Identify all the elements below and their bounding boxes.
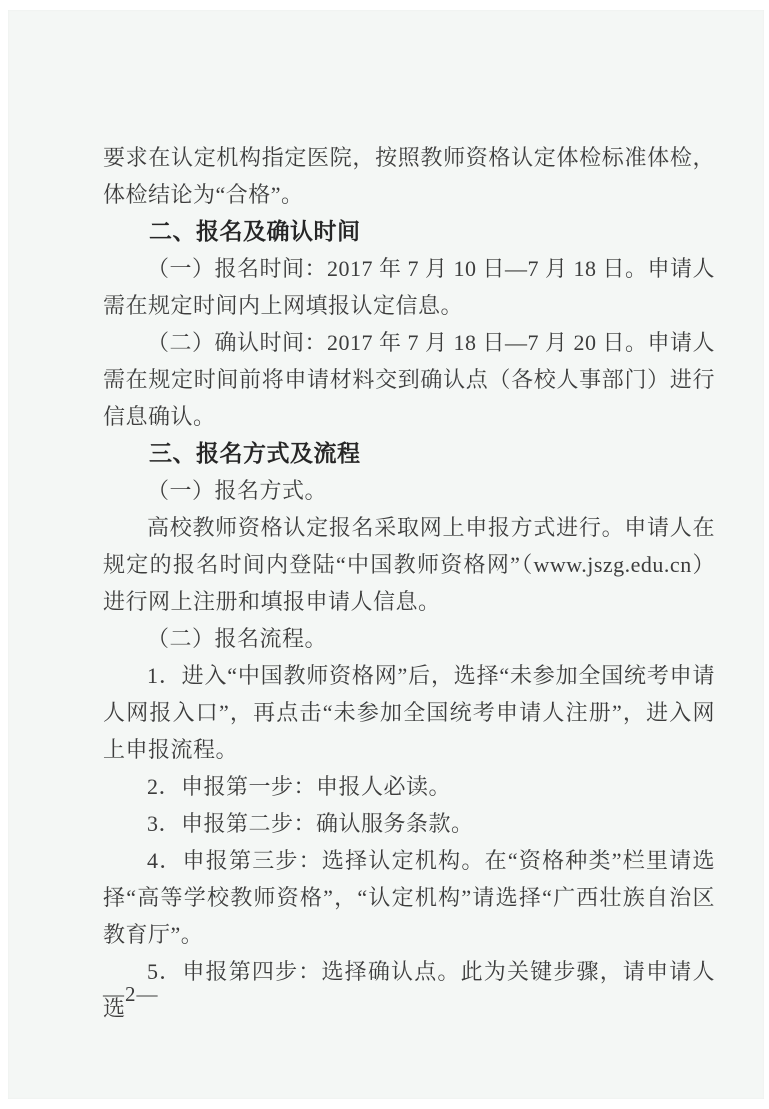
- paragraph: 3．申报第二步：确认服务条款。: [103, 805, 715, 842]
- paragraph: （一）报名时间：2017 年 7 月 10 日—7 月 18 日。申请人需在规定…: [103, 250, 715, 324]
- paragraph: （二）确认时间：2017 年 7 月 18 日—7 月 20 日。申请人需在规定…: [103, 324, 715, 435]
- paragraph: （一）报名方式。: [103, 472, 715, 509]
- paragraph: 5．申报第四步：选择确认点。此为关键步骤，请申请人选: [103, 953, 715, 1027]
- paragraph: 2．申报第一步：申报人必读。: [103, 768, 715, 805]
- page-number: —2—: [103, 982, 159, 1007]
- scanned-sheet: 要求在认定机构指定医院，按照教师资格认定体检标准体检，体检结论为“合格”。二、报…: [8, 10, 764, 1099]
- document-page-scan: 要求在认定机构指定医院，按照教师资格认定体检标准体检，体检结论为“合格”。二、报…: [0, 0, 769, 1109]
- paragraph: 4．申报第三步：选择认定机构。在“资格种类”栏里请选择“高等学校教师资格”，“认…: [103, 842, 715, 953]
- paragraph: （二）报名流程。: [103, 620, 715, 657]
- section-heading: 二、报名及确认时间: [103, 213, 715, 250]
- section-heading: 三、报名方式及流程: [103, 435, 715, 472]
- paragraph: 高校教师资格认定报名采取网上申报方式进行。申请人在规定的报名时间内登陆“中国教师…: [103, 509, 715, 620]
- paragraph: 1．进入“中国教师资格网”后，选择“未参加全国统考申请人网报入口”，再点击“未参…: [103, 657, 715, 768]
- document-body: 要求在认定机构指定医院，按照教师资格认定体检标准体检，体检结论为“合格”。二、报…: [103, 139, 715, 1027]
- paragraph: 要求在认定机构指定医院，按照教师资格认定体检标准体检，体检结论为“合格”。: [103, 139, 715, 213]
